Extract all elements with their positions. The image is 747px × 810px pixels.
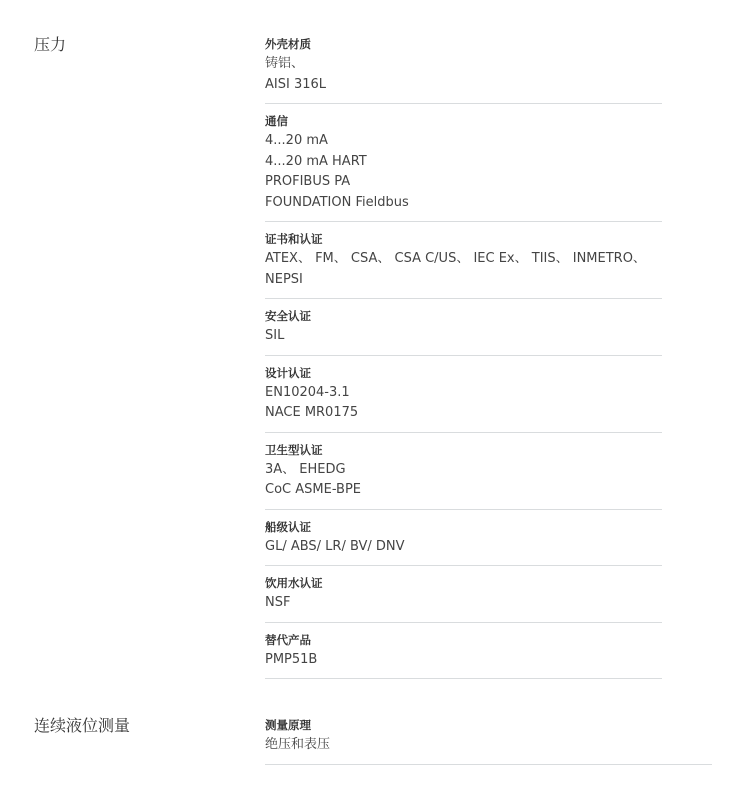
spec-certificates: 证书和认证 ATEX、 FM、 CSA、 CSA C/US、 IEC Ex、 T… xyxy=(265,222,662,299)
spec-label: 船级认证 xyxy=(265,519,662,535)
spec-value: PMP51B xyxy=(265,650,662,671)
spec-label: 通信 xyxy=(265,113,662,129)
spec-housing-material: 外壳材质 铸铝、 AISI 316L xyxy=(265,36,662,104)
spec-communication: 通信 4...20 mA 4...20 mA HART PROFIBUS PA … xyxy=(265,104,662,222)
spec-value: NACE MR0175 xyxy=(265,403,662,424)
spec-value: SIL xyxy=(265,326,662,347)
spec-value: 绝压和表压 xyxy=(265,735,712,756)
spec-list: 外壳材质 铸铝、 AISI 316L 通信 4...20 mA 4...20 m… xyxy=(265,36,662,679)
spec-value: AISI 316L xyxy=(265,75,662,96)
spec-successor-product: 替代产品 PMP51B xyxy=(265,623,662,680)
spec-value: NSF xyxy=(265,593,662,614)
spec-label: 设计认证 xyxy=(265,365,662,381)
spec-design-approval: 设计认证 EN10204-3.1 NACE MR0175 xyxy=(265,356,662,433)
spec-hygienic-approval: 卫生型认证 3A、 EHEDG CoC ASME-BPE xyxy=(265,433,662,510)
spec-value: CoC ASME-BPE xyxy=(265,480,662,501)
spec-label: 饮用水认证 xyxy=(265,575,662,591)
spec-list: 测量原理 绝压和表压 xyxy=(265,717,712,765)
spec-value: GL/ ABS/ LR/ BV/ DNV xyxy=(265,537,662,558)
spec-value: 4...20 mA HART xyxy=(265,152,662,173)
spec-value: EN10204-3.1 xyxy=(265,383,662,404)
spec-value: FOUNDATION Fieldbus xyxy=(265,193,662,214)
spec-safety-approval: 安全认证 SIL xyxy=(265,299,662,356)
spec-value: 3A、 EHEDG xyxy=(265,460,662,481)
spec-value: ATEX、 FM、 CSA、 CSA C/US、 IEC Ex、 TIIS、 I… xyxy=(265,249,662,270)
spec-drinking-water-approval: 饮用水认证 NSF xyxy=(265,566,662,623)
spec-value: 铸铝、 xyxy=(265,54,662,75)
spec-marine-approval: 船级认证 GL/ ABS/ LR/ BV/ DNV xyxy=(265,510,662,567)
spec-value: 4...20 mA xyxy=(265,131,662,152)
spec-label: 外壳材质 xyxy=(265,36,662,52)
spec-label: 证书和认证 xyxy=(265,231,662,247)
spec-measuring-principle: 测量原理 绝压和表压 xyxy=(265,717,712,765)
spec-value: PROFIBUS PA xyxy=(265,172,662,193)
section-title: 压力 xyxy=(34,34,66,56)
spec-value: NEPSI xyxy=(265,270,662,291)
spec-label: 卫生型认证 xyxy=(265,442,662,458)
spec-label: 替代产品 xyxy=(265,632,662,648)
section-title: 连续液位测量 xyxy=(34,715,130,737)
spec-label: 测量原理 xyxy=(265,717,712,733)
spec-label: 安全认证 xyxy=(265,308,662,324)
